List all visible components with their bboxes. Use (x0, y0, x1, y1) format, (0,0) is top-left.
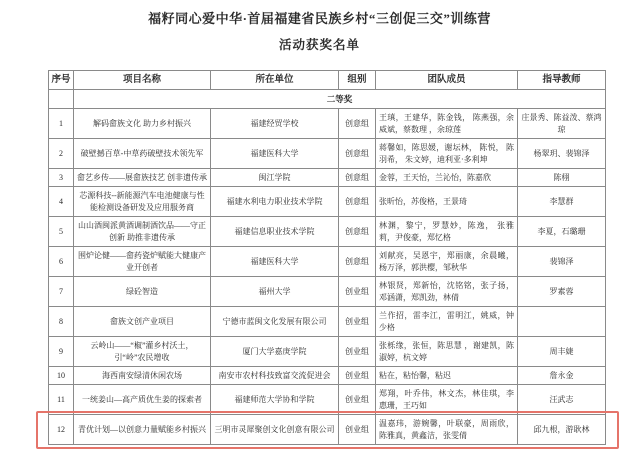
page: 福籽同心爱中华·首届福建省民族乡村“三创促三交”训练营 活动获奖名单 序号 项目… (0, 0, 639, 463)
column-header-no: 序号 (49, 71, 74, 90)
teacher-names: 汪武志 (518, 385, 606, 415)
prize-section-label: 二等奖 (74, 90, 606, 109)
row-number: 8 (49, 307, 74, 337)
column-header-group: 组别 (339, 71, 376, 90)
unit-name: 福建医科大学 (211, 247, 339, 277)
project-name: 绿砼智造 (74, 277, 211, 307)
unit-name: 福州大学 (211, 277, 339, 307)
group-name: 创意组 (339, 247, 376, 277)
table-row: 3畲艺乡传——展畲族技艺 创非遗传承闽江学院创意组金蓉，王天怡，兰沁怡，陈嘉欣陈… (49, 169, 606, 187)
row-number: 12 (49, 415, 74, 445)
group-name: 创业组 (339, 307, 376, 337)
row-number: 6 (49, 247, 74, 277)
project-name: 青优计划—以创意力量赋能乡村振兴 (74, 415, 211, 445)
table-row: 2破壁撼百草-中草药破壁技术领先军福建医科大学创意组蒋馨如，陈思媛，谢坛林， 陈… (49, 139, 606, 169)
column-header-team: 团队成员 (376, 71, 518, 90)
project-name: 解码畲族文化 助力乡村振兴 (74, 109, 211, 139)
group-name: 创意组 (339, 169, 376, 187)
table-row: 4芯源科技--新能源汽车电池健康与性能检测设备研发及应用服务商福建水利电力职业技… (49, 187, 606, 217)
teacher-names: 李夏，石璐珊 (518, 217, 606, 247)
team-members: 郑翔，叶乔伟，林文杰，林佳琪，李惠珊，王巧如 (376, 385, 518, 415)
team-members: 刘献亮，吴恩宇，郑丽康，余晨曦，杨万泽，郭洪樱，邹秋华 (376, 247, 518, 277)
row-number: 7 (49, 277, 74, 307)
row-number: 9 (49, 337, 74, 367)
teacher-names: 李慧群 (518, 187, 606, 217)
unit-name: 宁德市蓝闽文化发展有限公司 (211, 307, 339, 337)
table-body: 二等奖 1解码畲族文化 助力乡村振兴福建经贸学校创意组王瑱，王建华，陈金钱， 陈… (49, 90, 606, 445)
row-number: 1 (49, 109, 74, 139)
team-members: 粘在，粘怡馨，粘迟 (376, 367, 518, 385)
column-header-teacher: 指导教师 (518, 71, 606, 90)
row-number: 11 (49, 385, 74, 415)
header-row: 序号 项目名称 所在单位 组别 团队成员 指导教师 (49, 71, 606, 90)
project-name: 海西南安绿清休闲农场 (74, 367, 211, 385)
unit-name: 南安市农村科技致富交流促进会 (211, 367, 339, 385)
teacher-names: 裴锦泽 (518, 247, 606, 277)
project-name: 围炉论健——畲药瓷炉赋能大健康产业开创者 (74, 247, 211, 277)
table-row: 1解码畲族文化 助力乡村振兴福建经贸学校创意组王瑱，王建华，陈金钱， 陈燕强，余… (49, 109, 606, 139)
team-members: 王瑱，王建华，陈金钱， 陈燕强，余威斌，蔡数理 ，余琼莲 (376, 109, 518, 139)
column-header-unit: 所在单位 (211, 71, 339, 90)
row-number: 2 (49, 139, 74, 169)
project-name: 山山酒闽派黄酒调制酒饮品——守正创新 助推非遗传承 (74, 217, 211, 247)
teacher-names: 周丰婕 (518, 337, 606, 367)
table-row: 12青优计划—以创意力量赋能乡村振兴三明市灵犀聚创文化创意有限公司创业组温嘉玮，… (49, 415, 606, 445)
team-members: 张昕怡，苏俊格，王景琦 (376, 187, 518, 217)
section-empty-cell (49, 90, 74, 109)
group-name: 创意组 (339, 109, 376, 139)
teacher-names: 邱九根，游耿林 (518, 415, 606, 445)
team-members: 金蓉，王天怡，兰沁怡，陈嘉欣 (376, 169, 518, 187)
teacher-names: 庄景秀、陈益泼、蔡鸿琼 (518, 109, 606, 139)
unit-name: 福建信息职业技术学院 (211, 217, 339, 247)
table-row: 5山山酒闽派黄酒调制酒饮品——守正创新 助推非遗传承福建信息职业技术学院创意组林… (49, 217, 606, 247)
unit-name: 福建水利电力职业技术学院 (211, 187, 339, 217)
project-name: 一统姜山—高产质优生姜的探索者 (74, 385, 211, 415)
group-name: 创意组 (339, 139, 376, 169)
unit-name: 福建师范大学协和学院 (211, 385, 339, 415)
table-row: 9云岭山——“椒”灌乡村沃土， 引“岭”农民增收厦门大学嘉庚学院创业组张栎缘，张… (49, 337, 606, 367)
row-number: 3 (49, 169, 74, 187)
project-name: 破壁撼百草-中草药破壁技术领先军 (74, 139, 211, 169)
group-name: 创业组 (339, 337, 376, 367)
group-name: 创业组 (339, 415, 376, 445)
teacher-names: 詹永金 (518, 367, 606, 385)
project-name: 畲族文创产业项目 (74, 307, 211, 337)
table-row: 8畲族文创产业项目宁德市蓝闽文化发展有限公司创业组兰作招，雷李江，雷明江，姚威，… (49, 307, 606, 337)
team-members: 温嘉玮，游婉馨，叶联豪，周雨欣，陈雅真，黄鑫洁，张雯倩 (376, 415, 518, 445)
group-name: 创业组 (339, 385, 376, 415)
column-header-project: 项目名称 (74, 71, 211, 90)
unit-name: 三明市灵犀聚创文化创意有限公司 (211, 415, 339, 445)
unit-name: 闽江学院 (211, 169, 339, 187)
table-row: 7绿砼智造福州大学创业组林银贤，郑新怡，沈铭铭，张子扬，邓涵潇，郑凯劲，林倩罗素… (49, 277, 606, 307)
team-members: 林银贤，郑新怡，沈铭铭，张子扬，邓涵潇，郑凯劲，林倩 (376, 277, 518, 307)
team-members: 蒋馨如，陈思媛，谢坛林， 陈悦， 陈羽希， 朱文婷，迪利亚·多利坤 (376, 139, 518, 169)
table-row: 6围炉论健——畲药瓷炉赋能大健康产业开创者福建医科大学创意组刘献亮，吴恩宇，郑丽… (49, 247, 606, 277)
teacher-names: 杨翠玥、裴锦泽 (518, 139, 606, 169)
team-members: 兰作招，雷李江，雷明江，姚威，钟少格 (376, 307, 518, 337)
unit-name: 厦门大学嘉庚学院 (211, 337, 339, 367)
awards-table: 序号 项目名称 所在单位 组别 团队成员 指导教师 二等奖 1解码畲族文化 助力… (48, 70, 606, 445)
unit-name: 福建医科大学 (211, 139, 339, 169)
teacher-names: 陈栩 (518, 169, 606, 187)
document-subtitle: 活动获奖名单 (0, 35, 639, 53)
project-name: 云岭山——“椒”灌乡村沃土， 引“岭”农民增收 (74, 337, 211, 367)
group-name: 创业组 (339, 367, 376, 385)
unit-name: 福建经贸学校 (211, 109, 339, 139)
section-row: 二等奖 (49, 90, 606, 109)
group-name: 创业组 (339, 277, 376, 307)
row-number: 4 (49, 187, 74, 217)
teacher-names (518, 307, 606, 337)
row-number: 5 (49, 217, 74, 247)
table-row: 11一统姜山—高产质优生姜的探索者福建师范大学协和学院创业组郑翔，叶乔伟，林文杰… (49, 385, 606, 415)
team-members: 林渊，黎宁，罗慧妙，陈逸， 张雅莉，尹俊豪，郑忆格 (376, 217, 518, 247)
teacher-names: 罗素蓉 (518, 277, 606, 307)
project-name: 畲艺乡传——展畲族技艺 创非遗传承 (74, 169, 211, 187)
group-name: 创意组 (339, 187, 376, 217)
document-title: 福籽同心爱中华·首届福建省民族乡村“三创促三交”训练营 (0, 8, 639, 27)
table-row: 10海西南安绿清休闲农场南安市农村科技致富交流促进会创业组粘在，粘怡馨，粘迟詹永… (49, 367, 606, 385)
team-members: 张栎缘，张恒，陈思慧 ，谢建凯，陈淑婷，杭文婷 (376, 337, 518, 367)
group-name: 创意组 (339, 217, 376, 247)
row-number: 10 (49, 367, 74, 385)
project-name: 芯源科技--新能源汽车电池健康与性能检测设备研发及应用服务商 (74, 187, 211, 217)
